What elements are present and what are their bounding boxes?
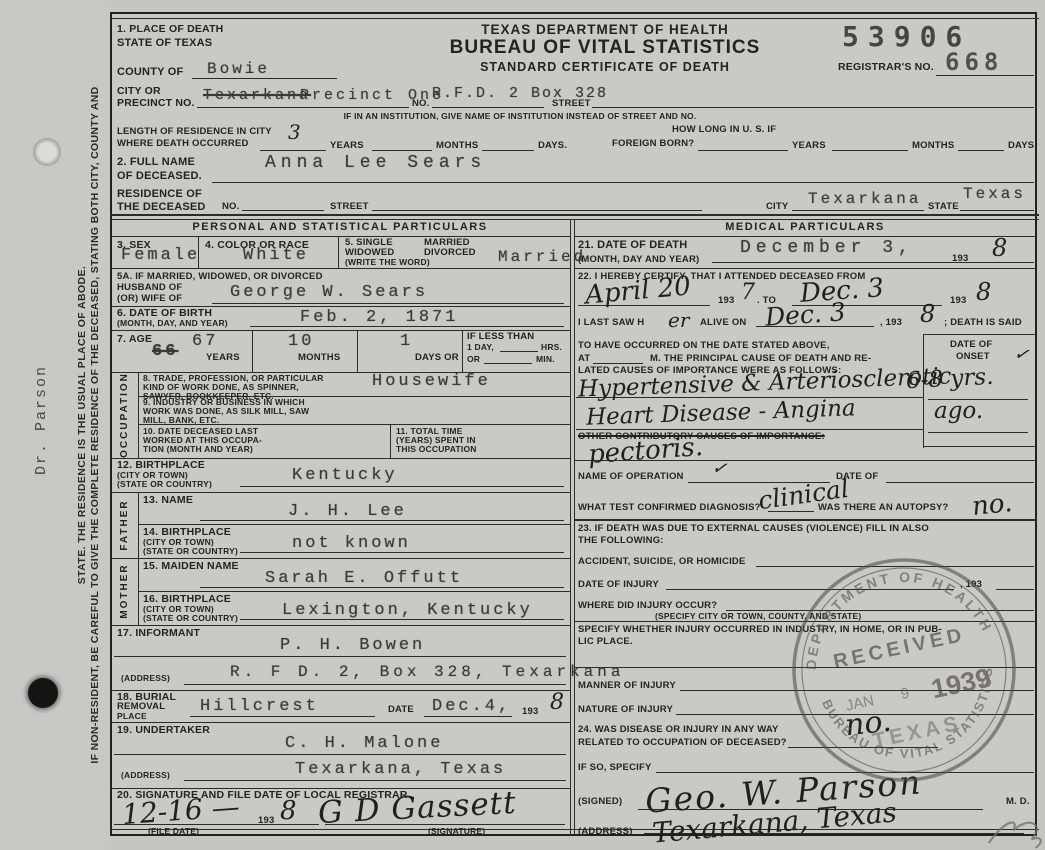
accident-label: ACCIDENT, SUICIDE, OR HOMICIDE bbox=[578, 557, 746, 567]
mother-maiden-name-value: Sarah E. Offutt bbox=[265, 569, 463, 588]
death-certificate-page: Dr. Parson STATE. THE RESIDENCE IS THE U… bbox=[0, 0, 1045, 850]
personal-section-title: PERSONAL AND STATISTICAL PARTICULARS bbox=[120, 222, 560, 234]
department-title: TEXAS DEPARTMENT OF HEALTH bbox=[380, 23, 830, 37]
dod-year-pre: 193 bbox=[952, 254, 968, 264]
onset-label-2: ONSET bbox=[956, 352, 990, 362]
one-day-label: 1 DAY, bbox=[467, 343, 494, 352]
to-year-pre: 193 bbox=[950, 296, 966, 306]
rule bbox=[110, 558, 570, 559]
father-birthplace-label-3: (STATE OR COUNTRY) bbox=[143, 547, 238, 556]
burial-date-label: DATE bbox=[388, 705, 414, 715]
informant-address-label: (ADDRESS) bbox=[121, 674, 170, 683]
date-of-death-label-1: 21. DATE OF DEATH bbox=[578, 240, 687, 252]
spouse-value: George W. Sears bbox=[230, 283, 428, 302]
spouse-label-3: (OR) WIFE OF bbox=[117, 294, 182, 304]
mother-side-label: MOTHER bbox=[111, 558, 137, 624]
registrar-no-label: REGISTRAR'S NO. bbox=[838, 62, 934, 73]
column-divider bbox=[574, 219, 575, 836]
rule bbox=[110, 18, 1039, 19]
marital-write-word-label: (WRITE THE WORD) bbox=[345, 258, 430, 267]
full-name-value: Anna Lee Sears bbox=[265, 153, 486, 173]
external-causes-label-1: 23. IF DEATH WAS DUE TO EXTERNAL CAUSES … bbox=[578, 524, 929, 534]
place-of-death-label: 1. PLACE OF DEATH bbox=[117, 24, 223, 35]
specify-injury-label-1: SPECIFY WHETHER INJURY OCCURRED IN INDUS… bbox=[578, 625, 942, 635]
specify-injury-label-2: LIC PLACE. bbox=[578, 637, 633, 647]
rule bbox=[574, 621, 1036, 622]
margin-note-line-start: IF NON-RESIDENT, BE CAREFUL TO GIVE THE … bbox=[89, 15, 102, 835]
dod-year-hand: 8 bbox=[992, 234, 1007, 262]
mother-maiden-name-label: 15. MAIDEN NAME bbox=[143, 561, 239, 572]
certificate-title: STANDARD CERTIFICATE OF DEATH bbox=[380, 61, 830, 74]
band-divider bbox=[138, 492, 139, 558]
industry-label-3: MILL, BANK, ETC. bbox=[143, 416, 219, 425]
rule bbox=[574, 268, 1036, 269]
occurred-label-1: TO HAVE OCCURRED ON THE DATE STATED ABOV… bbox=[578, 341, 830, 351]
medical-section-title: MEDICAL PARTICULARS bbox=[640, 222, 970, 234]
residence-length-label-2: WHERE DEATH OCCURRED bbox=[117, 139, 249, 149]
cell-divider bbox=[338, 236, 339, 268]
rule bbox=[666, 589, 954, 590]
spouse-label-2: HUSBAND OF bbox=[117, 283, 182, 293]
dob-value: Feb. 2, 1871 bbox=[300, 308, 458, 327]
birthplace-value: Kentucky bbox=[292, 466, 398, 485]
residence-label-2: THE DECEASED bbox=[117, 202, 206, 214]
occupation-related-label-2: RELATED TO OCCUPATION OF DECEASED? bbox=[578, 738, 787, 748]
burial-year-hand: 8 bbox=[550, 690, 564, 715]
last-saw-er-hand: er bbox=[668, 308, 689, 332]
age-days-value: 1 bbox=[400, 332, 413, 351]
test-label: WHAT TEST CONFIRMED DIAGNOSIS? bbox=[578, 503, 761, 513]
residence-years-value: 3 bbox=[288, 120, 301, 144]
rule bbox=[192, 78, 337, 79]
burial-label-3: PLACE bbox=[117, 712, 147, 721]
dob-label-2: (MONTH, DAY, AND YEAR) bbox=[117, 319, 228, 328]
rule bbox=[110, 492, 570, 493]
rule bbox=[712, 262, 1034, 263]
autopsy-label: WAS THERE AN AUTOPSY? bbox=[818, 503, 949, 513]
md-label: M. D. bbox=[1006, 797, 1030, 807]
margin-note-line-continuation: STATE. THE RESIDENCE IS THE USUAL PLACE … bbox=[76, 15, 89, 835]
or-label: OR bbox=[467, 355, 480, 364]
rule bbox=[110, 236, 570, 237]
mother-birthplace-value: Lexington, Kentucky bbox=[282, 601, 533, 620]
father-name-value: J. H. Lee bbox=[288, 502, 407, 521]
last-saw-year-hand: 8 bbox=[920, 300, 935, 328]
signature-label: (SIGNATURE) bbox=[428, 827, 485, 836]
informant-label: 17. INFORMANT bbox=[117, 628, 200, 639]
rule bbox=[756, 566, 1034, 567]
age-years-value: 67 bbox=[192, 332, 218, 351]
external-causes-label-2: THE FOLLOWING: bbox=[578, 536, 664, 546]
rule bbox=[996, 589, 1034, 590]
hrs-label: HRS. bbox=[541, 343, 562, 352]
pencil-scribble bbox=[986, 813, 1045, 850]
residence-length-label-1: LENGTH OF RESIDENCE IN CITY bbox=[117, 127, 272, 137]
months-label: MONTHS bbox=[436, 141, 478, 151]
age-years-label: YEARS bbox=[206, 353, 240, 363]
undertaker-label: 19. UNDERTAKER bbox=[117, 725, 210, 736]
rule bbox=[698, 150, 788, 151]
rule bbox=[242, 210, 324, 211]
onset-value-1: 6-8 yrs. bbox=[905, 364, 994, 395]
rule bbox=[114, 754, 566, 755]
us-days-label: DAYS bbox=[1008, 141, 1034, 151]
nature-of-injury-label: NATURE OF INJURY bbox=[578, 705, 673, 715]
rule bbox=[958, 150, 1004, 151]
manner-of-injury-label: MANNER OF INJURY bbox=[578, 681, 676, 691]
rule bbox=[832, 150, 908, 151]
days-label: DAYS. bbox=[538, 141, 567, 151]
rule bbox=[500, 351, 538, 352]
residence-street-label: STREET bbox=[330, 202, 369, 212]
rule bbox=[212, 303, 564, 304]
total-time-label-3: THIS OCCUPATION bbox=[396, 445, 477, 454]
county-value: Bowie bbox=[207, 60, 270, 78]
rule bbox=[260, 150, 326, 151]
rule bbox=[482, 150, 534, 151]
last-saw-year-pre: , 193 bbox=[880, 318, 902, 328]
rule bbox=[110, 722, 570, 723]
punch-hole-top bbox=[33, 138, 61, 166]
informant-address-value: R. F D. 2, Box 328, Texarkana bbox=[230, 663, 624, 681]
onset-value-2: ago. bbox=[934, 398, 983, 424]
occupation-side-text: OCCUPATION bbox=[119, 372, 130, 458]
rule bbox=[138, 524, 570, 525]
bureau-title: BUREAU OF VITAL STATISTICS bbox=[360, 38, 850, 58]
rule bbox=[184, 780, 566, 781]
marital-label-divorced: DIVORCED bbox=[424, 248, 476, 258]
rule bbox=[190, 716, 375, 717]
marital-value: Married bbox=[498, 248, 586, 266]
undertaker-value: C. H. Malone bbox=[285, 734, 443, 753]
last-worked-label-3: TION (MONTH AND YEAR) bbox=[143, 445, 253, 454]
band-divider bbox=[138, 372, 139, 458]
rule bbox=[886, 482, 1034, 483]
physician-address-label: (ADDRESS) bbox=[578, 827, 633, 837]
residence-state-value: Texas bbox=[963, 185, 1026, 203]
rule bbox=[574, 236, 1036, 237]
residence-label-1: RESIDENCE OF bbox=[117, 189, 202, 201]
from-year-hand: 7 bbox=[741, 280, 755, 305]
informant-value: P. H. Bowen bbox=[280, 636, 425, 655]
autopsy-value-hand: no. bbox=[971, 488, 1014, 522]
residence-no-label: NO. bbox=[222, 202, 240, 212]
residence-city-label: CITY bbox=[766, 202, 788, 212]
last-saw-label-1: I LAST SAW H bbox=[578, 318, 644, 328]
where-injury-note: (SPECIFY CITY OR TOWN, COUNTY, AND STATE… bbox=[655, 612, 861, 621]
burial-place-value: Hillcrest bbox=[200, 697, 319, 716]
age-months-label: MONTHS bbox=[298, 353, 340, 363]
rule bbox=[593, 363, 643, 364]
last-saw-date-hand: Dec. 3 bbox=[764, 297, 846, 332]
injury-year-pre: , 193 bbox=[960, 580, 982, 590]
mother-side-text: MOTHER bbox=[119, 563, 130, 618]
rule bbox=[184, 684, 566, 685]
residence-city-value: Texarkana bbox=[808, 190, 921, 208]
if-so-specify-label: IF SO, SPECIFY bbox=[578, 763, 652, 773]
father-side-label: FATHER bbox=[111, 492, 137, 558]
rule bbox=[138, 591, 570, 592]
signed-label: (SIGNED) bbox=[578, 797, 622, 807]
rule bbox=[574, 519, 1036, 521]
if-less-than-label: IF LESS THAN bbox=[467, 332, 534, 342]
age-label: 7. AGE bbox=[117, 334, 152, 345]
years-label: YEARS bbox=[330, 141, 364, 151]
sex-value: Female bbox=[121, 246, 200, 265]
undertaker-address-value: Texarkana, Texas bbox=[295, 760, 506, 779]
full-name-label-2: OF DECEASED. bbox=[117, 171, 202, 183]
burial-year-pre: 193 bbox=[522, 707, 538, 717]
father-side-text: FATHER bbox=[119, 499, 130, 550]
file-date-year-pre: 193 bbox=[258, 816, 274, 826]
to-year-hand: 8 bbox=[976, 278, 991, 306]
occurred-label-2: M. THE PRINCIPAL CAUSE OF DEATH AND RE- bbox=[650, 354, 871, 364]
rule bbox=[432, 107, 544, 108]
operation-check-hand: ✓ bbox=[711, 457, 729, 480]
date-of-death-value: December 3, bbox=[740, 238, 914, 258]
last-saw-label-3: ; DEATH IS SAID bbox=[944, 318, 1022, 328]
state-of-texas-label: STATE OF TEXAS bbox=[117, 38, 212, 50]
where-injury-label: WHERE DID INJURY OCCUR? bbox=[578, 601, 717, 611]
rule bbox=[424, 716, 512, 717]
us-years-label: YEARS bbox=[792, 141, 826, 151]
punch-hole-bottom bbox=[28, 678, 58, 708]
onset-box-top bbox=[923, 334, 1036, 335]
onset-box-bottom bbox=[923, 446, 1036, 447]
full-name-label-1: 2. FULL NAME bbox=[117, 157, 195, 169]
father-name-label: 13. NAME bbox=[143, 495, 193, 506]
rule bbox=[372, 210, 702, 211]
burial-date-value: Dec.4, bbox=[432, 697, 511, 716]
cell-divider bbox=[462, 330, 463, 372]
occupation-related-value-hand: no. bbox=[843, 704, 893, 744]
trade-value: Housewife bbox=[372, 372, 491, 391]
margin-doctor-note: Dr. Parson bbox=[33, 337, 59, 503]
registrar-no-value: 668 bbox=[945, 48, 1003, 76]
cell-divider bbox=[357, 330, 358, 372]
birthplace-label-3: (STATE OR COUNTRY) bbox=[117, 480, 212, 489]
mother-birthplace-label-3: (STATE OR COUNTRY) bbox=[143, 614, 238, 623]
rule bbox=[574, 667, 1036, 668]
color-race-value: White bbox=[243, 246, 309, 265]
from-year-pre: 193 bbox=[718, 296, 734, 306]
us-months-label: MONTHS bbox=[912, 141, 954, 151]
margin-instruction-note: STATE. THE RESIDENCE IS THE USUAL PLACE … bbox=[76, 15, 102, 835]
rule bbox=[212, 182, 1034, 183]
rule bbox=[110, 268, 570, 269]
operation-label: NAME OF OPERATION bbox=[578, 472, 684, 482]
rule bbox=[484, 363, 532, 364]
rule bbox=[680, 690, 1034, 691]
rule bbox=[110, 690, 570, 691]
institution-note: IF IN AN INSTITUTION, GIVE NAME OF INSTI… bbox=[220, 112, 820, 121]
us-length-label-2: FOREIGN BORN? bbox=[612, 139, 694, 149]
file-date-year-hand: 8 bbox=[280, 796, 297, 826]
age-struck-value: 66 bbox=[152, 342, 178, 361]
min-label: MIN. bbox=[536, 355, 555, 364]
rule bbox=[240, 486, 564, 487]
onset-label-1: DATE OF bbox=[950, 340, 992, 350]
column-divider bbox=[570, 219, 571, 836]
precinct-no-label: PRECINCT NO. bbox=[117, 98, 195, 109]
age-days-label: DAYS OR bbox=[415, 353, 459, 363]
residence-state-label: STATE bbox=[928, 202, 959, 212]
occupation-related-label-1: 24. WAS DISEASE OR INJURY IN ANY WAY bbox=[578, 725, 779, 735]
city-or-label: CITY OR bbox=[117, 86, 161, 97]
rule bbox=[792, 210, 924, 211]
date-of-death-label-2: (MONTH, DAY AND YEAR) bbox=[578, 255, 699, 265]
street-value: R.F.D. 2 Box 328 bbox=[432, 85, 608, 102]
rule bbox=[960, 210, 1034, 211]
rule bbox=[788, 747, 938, 748]
occurred-at-label: AT bbox=[578, 354, 590, 364]
father-birthplace-value: not known bbox=[292, 534, 411, 553]
date-of-injury-label: DATE OF INJURY bbox=[578, 580, 659, 590]
rule bbox=[114, 656, 566, 657]
rule bbox=[197, 107, 409, 108]
us-length-label-1: HOW LONG IN U. S. IF bbox=[672, 125, 776, 135]
cell-divider bbox=[390, 424, 391, 458]
rule bbox=[372, 150, 432, 151]
rule bbox=[592, 107, 1034, 108]
rule bbox=[110, 625, 570, 626]
undertaker-address-label: (ADDRESS) bbox=[121, 771, 170, 780]
section-divider bbox=[110, 214, 1039, 216]
age-months-value: 10 bbox=[288, 332, 314, 351]
occupation-side-label: OCCUPATION bbox=[110, 372, 138, 458]
cell-divider bbox=[252, 330, 253, 372]
spouse-label-1: 5A. IF MARRIED, WIDOWED, OR DIVORCED bbox=[117, 272, 323, 282]
doctor-note-text: Dr. Parson bbox=[33, 337, 50, 503]
city-value-struck: Texarkana bbox=[203, 87, 311, 104]
last-saw-label-2: ALIVE ON bbox=[700, 318, 746, 328]
precinct-value: Precinct One bbox=[300, 87, 444, 104]
rule bbox=[928, 432, 1028, 433]
county-of-label: COUNTY OF bbox=[117, 67, 183, 79]
